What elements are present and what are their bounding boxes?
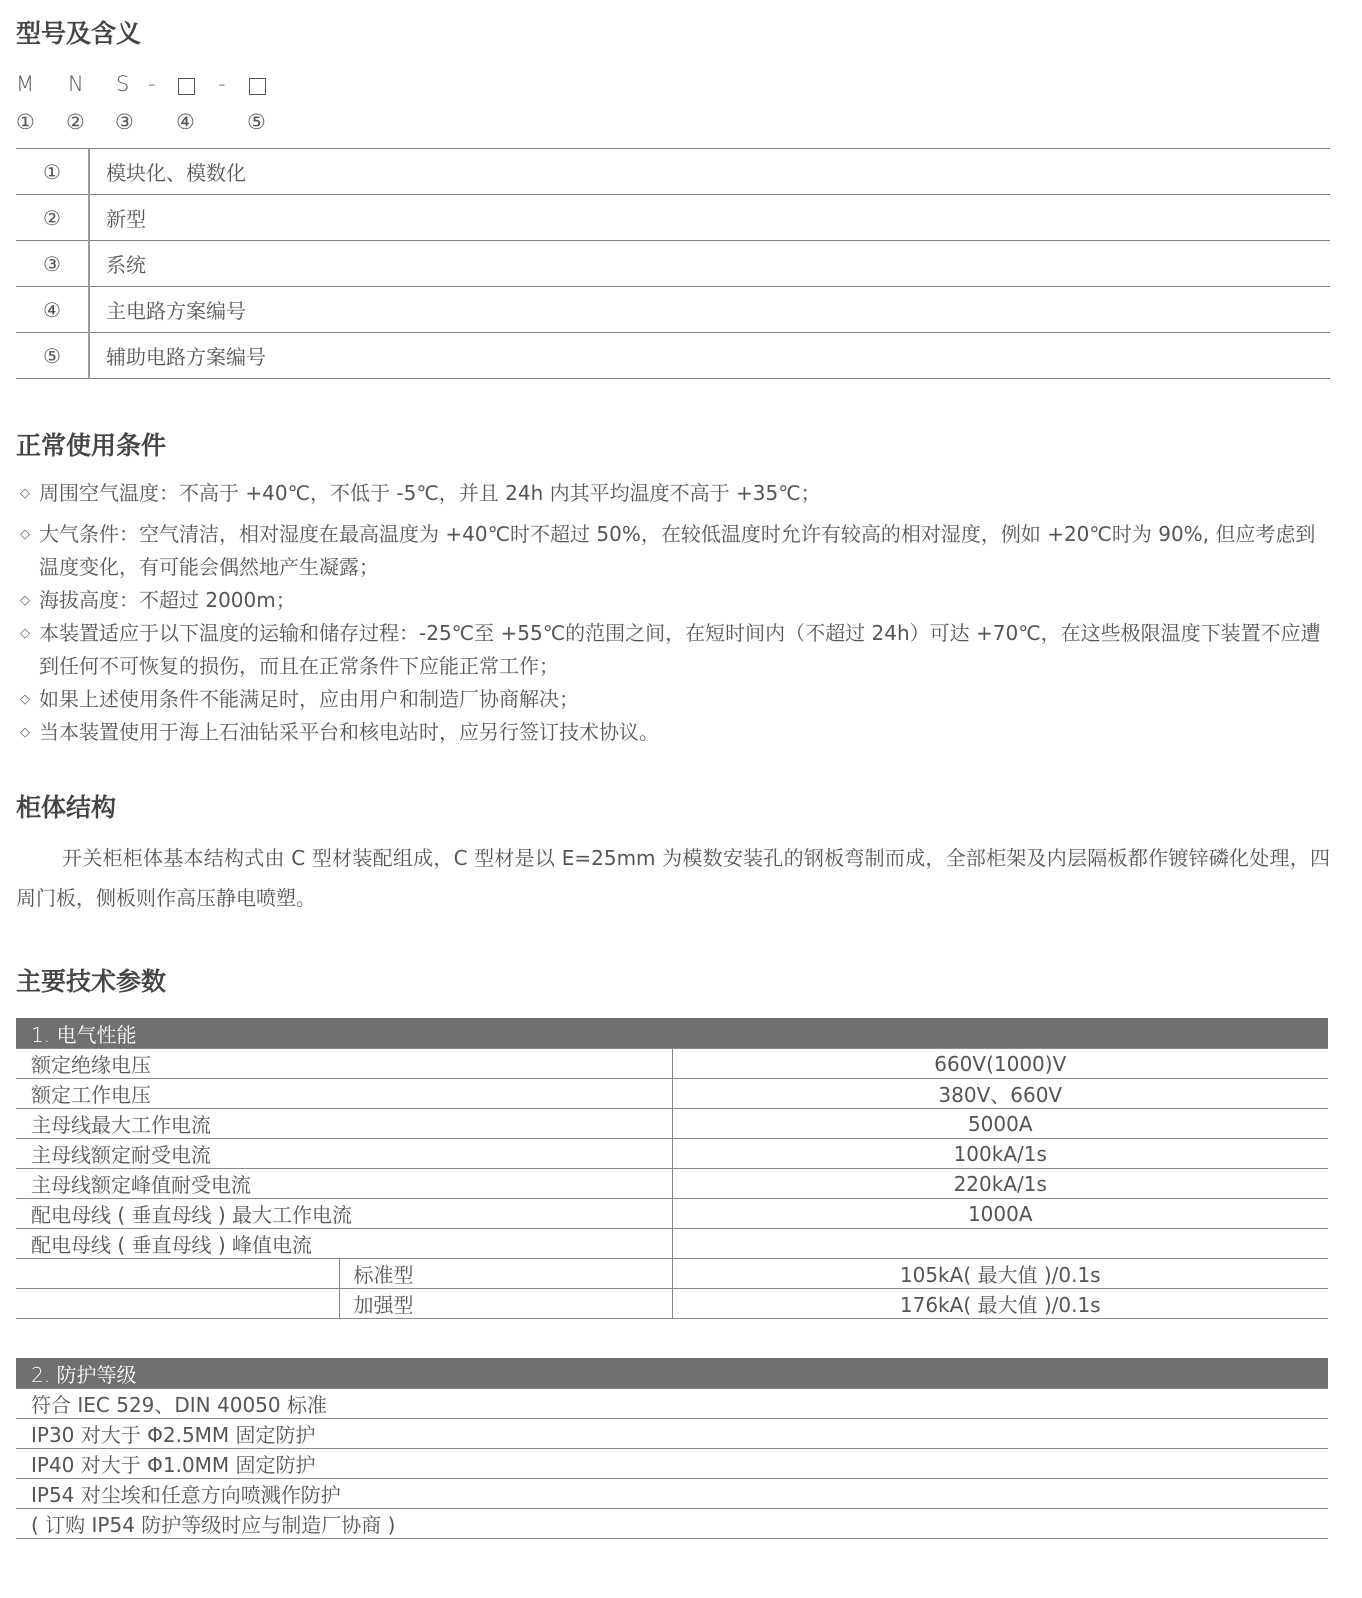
- meaning-text: 新型: [89, 195, 1330, 241]
- table-row: ③系统: [16, 241, 1330, 287]
- list-item: ◇本装置适应于以下温度的运输和储存过程：-25℃至 +55℃的范围之间，在短时间…: [16, 617, 1332, 683]
- table-row: 主母线额定耐受电流100kA/1s: [16, 1139, 1328, 1169]
- table-row: 主母线额定峰值耐受电流220kA/1s: [16, 1169, 1328, 1199]
- code-letter: M: [16, 72, 34, 96]
- param-label: 主母线额定峰值耐受电流: [16, 1169, 672, 1199]
- section-title-params: 主要技术参数: [16, 962, 166, 998]
- table-header: 2. 防护等级: [16, 1358, 1328, 1389]
- marker: ⑤: [247, 110, 266, 134]
- condition-text: 周围空气温度：不高于 +40℃，不低于 -5℃，并且 24h 内其平均温度不高于…: [39, 481, 821, 505]
- diamond-bullet-icon: ◇: [20, 518, 30, 551]
- param-label: 主母线最大工作电流: [16, 1109, 672, 1139]
- code-letter: S: [116, 72, 129, 96]
- table-row: ②新型: [16, 195, 1330, 241]
- param-label: 配电母线 ( 垂直母线 ) 峰值电流: [16, 1229, 672, 1259]
- param-label: 主母线额定耐受电流: [16, 1139, 672, 1169]
- table-row: 配电母线 ( 垂直母线 ) 峰值电流: [16, 1229, 1328, 1259]
- table-row: IP30 对大于 Φ2.5MM 固定防护: [16, 1419, 1328, 1449]
- table-row: IP54 对尘埃和任意方向喷溅作防护: [16, 1479, 1328, 1509]
- param-value: [672, 1229, 1328, 1259]
- electrical-performance-table: 1. 电气性能 额定绝缘电压660V(1000)V 额定工作电压380V、660…: [16, 1018, 1328, 1319]
- table-row: 配电母线 ( 垂直母线 ) 最大工作电流1000A: [16, 1199, 1328, 1229]
- list-item: ◇周围空气温度：不高于 +40℃，不低于 -5℃，并且 24h 内其平均温度不高…: [16, 477, 1332, 510]
- param-value: 1000A: [672, 1199, 1328, 1229]
- table-row: 额定绝缘电压660V(1000)V: [16, 1049, 1328, 1079]
- protection-item: IP54 对尘埃和任意方向喷溅作防护: [16, 1479, 1328, 1509]
- structure-paragraph: 开关柜柜体基本结构式由 C 型材装配组成，C 型材是以 E=25mm 为模数安装…: [16, 838, 1330, 918]
- code-placeholder-box-icon: [249, 76, 266, 100]
- meaning-text: 主电路方案编号: [89, 287, 1330, 333]
- table-header: 1. 电气性能: [16, 1018, 1328, 1049]
- meaning-num: ④: [16, 287, 89, 333]
- meaning-num: ③: [16, 241, 89, 287]
- code-dash: -: [218, 72, 226, 96]
- condition-text: 如果上述使用条件不能满足时，应由用户和制造厂协商解决；: [39, 687, 579, 711]
- section-title-structure: 柜体结构: [16, 788, 116, 824]
- protection-item: 符合 IEC 529、DIN 40050 标准: [16, 1389, 1328, 1419]
- table-header-label: 2. 防护等级: [16, 1358, 1328, 1389]
- protection-item: ( 订购 IP54 防护等级时应与制造厂协商 ): [16, 1509, 1328, 1539]
- condition-text: 海拔高度：不超过 2000m；: [39, 588, 296, 612]
- meaning-num: ⑤: [16, 333, 89, 379]
- meaning-text: 辅助电路方案编号: [89, 333, 1330, 379]
- diamond-bullet-icon: ◇: [20, 617, 30, 650]
- table-row: ①模块化、模数化: [16, 149, 1330, 195]
- protection-level-table: 2. 防护等级 符合 IEC 529、DIN 40050 标准 IP30 对大于…: [16, 1358, 1328, 1539]
- param-value: 660V(1000)V: [672, 1049, 1328, 1079]
- param-value: 380V、660V: [672, 1079, 1328, 1109]
- table-row: 主母线最大工作电流5000A: [16, 1109, 1328, 1139]
- condition-text: 大气条件：空气清洁，相对湿度在最高温度为 +40℃时不超过 50%，在较低温度时…: [39, 522, 1315, 579]
- param-value: 100kA/1s: [672, 1139, 1328, 1169]
- section-title-conditions: 正常使用条件: [16, 426, 166, 462]
- code-dash: -: [148, 72, 156, 96]
- table-row: ⑤辅助电路方案编号: [16, 333, 1330, 379]
- list-item: ◇大气条件：空气清洁，相对湿度在最高温度为 +40℃时不超过 50%，在较低温度…: [16, 518, 1332, 584]
- meaning-text: 模块化、模数化: [89, 149, 1330, 195]
- list-item: ◇当本装置使用于海上石油钻采平台和核电站时，应另行签订技术协议。: [16, 716, 1332, 749]
- param-sublabel: 加强型: [339, 1289, 672, 1319]
- param-value: 105kA( 最大值 )/0.1s: [672, 1259, 1328, 1289]
- list-item: ◇海拔高度：不超过 2000m；: [16, 584, 1332, 617]
- code-letter: N: [68, 72, 84, 96]
- marker: ③: [115, 110, 134, 134]
- protection-item: IP30 对大于 Φ2.5MM 固定防护: [16, 1419, 1328, 1449]
- conditions-list: ◇周围空气温度：不高于 +40℃，不低于 -5℃，并且 24h 内其平均温度不高…: [16, 477, 1332, 749]
- diamond-bullet-icon: ◇: [20, 584, 30, 617]
- diamond-bullet-icon: ◇: [20, 716, 30, 749]
- param-label: 配电母线 ( 垂直母线 ) 最大工作电流: [16, 1199, 672, 1229]
- list-item: ◇如果上述使用条件不能满足时，应由用户和制造厂协商解决；: [16, 683, 1332, 716]
- marker: ②: [66, 110, 85, 134]
- table-row: ( 订购 IP54 防护等级时应与制造厂协商 ): [16, 1509, 1328, 1539]
- code-placeholder-box-icon: [178, 76, 195, 100]
- marker: ①: [16, 110, 35, 134]
- meaning-text: 系统: [89, 241, 1330, 287]
- param-label: 额定工作电压: [16, 1079, 672, 1109]
- table-row: 符合 IEC 529、DIN 40050 标准: [16, 1389, 1328, 1419]
- table-subrow: 加强型176kA( 最大值 )/0.1s: [16, 1289, 1328, 1319]
- param-label: 额定绝缘电压: [16, 1049, 672, 1079]
- condition-text: 当本装置使用于海上石油钻采平台和核电站时，应另行签订技术协议。: [39, 720, 659, 744]
- table-subrow: 标准型105kA( 最大值 )/0.1s: [16, 1259, 1328, 1289]
- table-row: IP40 对大于 Φ1.0MM 固定防护: [16, 1449, 1328, 1479]
- marker: ④: [176, 110, 195, 134]
- table-row: 额定工作电压380V、660V: [16, 1079, 1328, 1109]
- param-value: 5000A: [672, 1109, 1328, 1139]
- condition-text: 本装置适应于以下温度的运输和储存过程：-25℃至 +55℃的范围之间，在短时间内…: [39, 621, 1321, 678]
- param-value: 176kA( 最大值 )/0.1s: [672, 1289, 1328, 1319]
- param-value: 220kA/1s: [672, 1169, 1328, 1199]
- table-row: ④主电路方案编号: [16, 287, 1330, 333]
- model-meaning-table: ①模块化、模数化 ②新型 ③系统 ④主电路方案编号 ⑤辅助电路方案编号: [16, 148, 1330, 379]
- meaning-num: ①: [16, 149, 89, 195]
- param-sublabel: 标准型: [339, 1259, 672, 1289]
- protection-item: IP40 对大于 Φ1.0MM 固定防护: [16, 1449, 1328, 1479]
- table-header-label: 1. 电气性能: [16, 1018, 1328, 1049]
- section-title-model: 型号及含义: [16, 14, 141, 50]
- diamond-bullet-icon: ◇: [20, 683, 30, 716]
- diamond-bullet-icon: ◇: [20, 477, 30, 510]
- meaning-num: ②: [16, 195, 89, 241]
